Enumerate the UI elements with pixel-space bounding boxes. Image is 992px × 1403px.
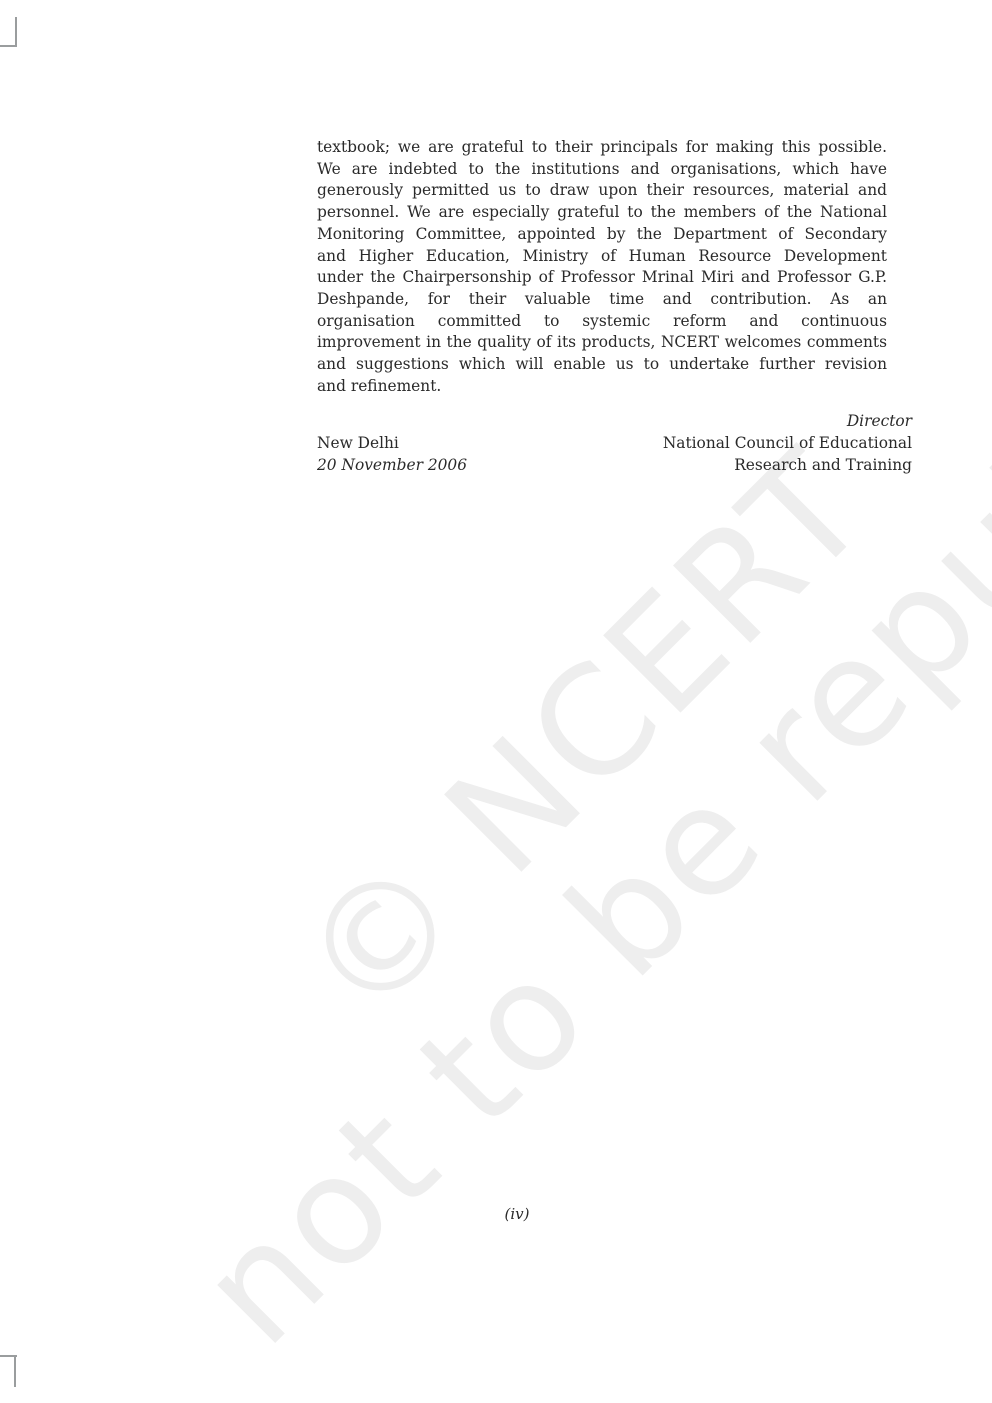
- signature-block: Director New Delhi National Council of E…: [317, 410, 912, 476]
- text-line: and refinement.: [317, 376, 887, 398]
- organisation-line-1: National Council of Educational: [663, 432, 912, 454]
- text-line: organisation committed to systemic refor…: [317, 311, 887, 333]
- text-line: personnel. We are especially grateful to…: [317, 202, 887, 224]
- watermark-copyright-line: © NCERT: [268, 419, 902, 1053]
- text-line: generously permitted us to draw upon the…: [317, 180, 887, 202]
- text-line: and suggestions which will enable us to …: [317, 354, 887, 376]
- crop-mark-top-vertical: [15, 17, 17, 47]
- page-number: (iv): [0, 1205, 992, 1223]
- text-line: Deshpande, for their valuable time and c…: [317, 289, 887, 311]
- date: 20 November 2006: [317, 454, 467, 476]
- organisation-line-2: Research and Training: [734, 454, 912, 476]
- text-line: We are indebted to the institutions and …: [317, 159, 887, 181]
- text-line: improvement in the quality of its produc…: [317, 332, 887, 354]
- text-line: and Higher Education, Ministry of Human …: [317, 246, 887, 268]
- crop-mark-bottom-vertical: [14, 1355, 16, 1387]
- text-line: under the Chairpersonship of Professor M…: [317, 267, 887, 289]
- signatory-title: Director: [317, 410, 912, 432]
- text-line: Monitoring Committee, appointed by the D…: [317, 224, 887, 246]
- crop-mark-top-horizontal: [0, 45, 17, 47]
- paragraph: textbook; we are grateful to their princ…: [317, 137, 887, 397]
- body-text: textbook; we are grateful to their princ…: [317, 137, 887, 397]
- place: New Delhi: [317, 432, 399, 454]
- text-line: textbook; we are grateful to their princ…: [317, 137, 887, 159]
